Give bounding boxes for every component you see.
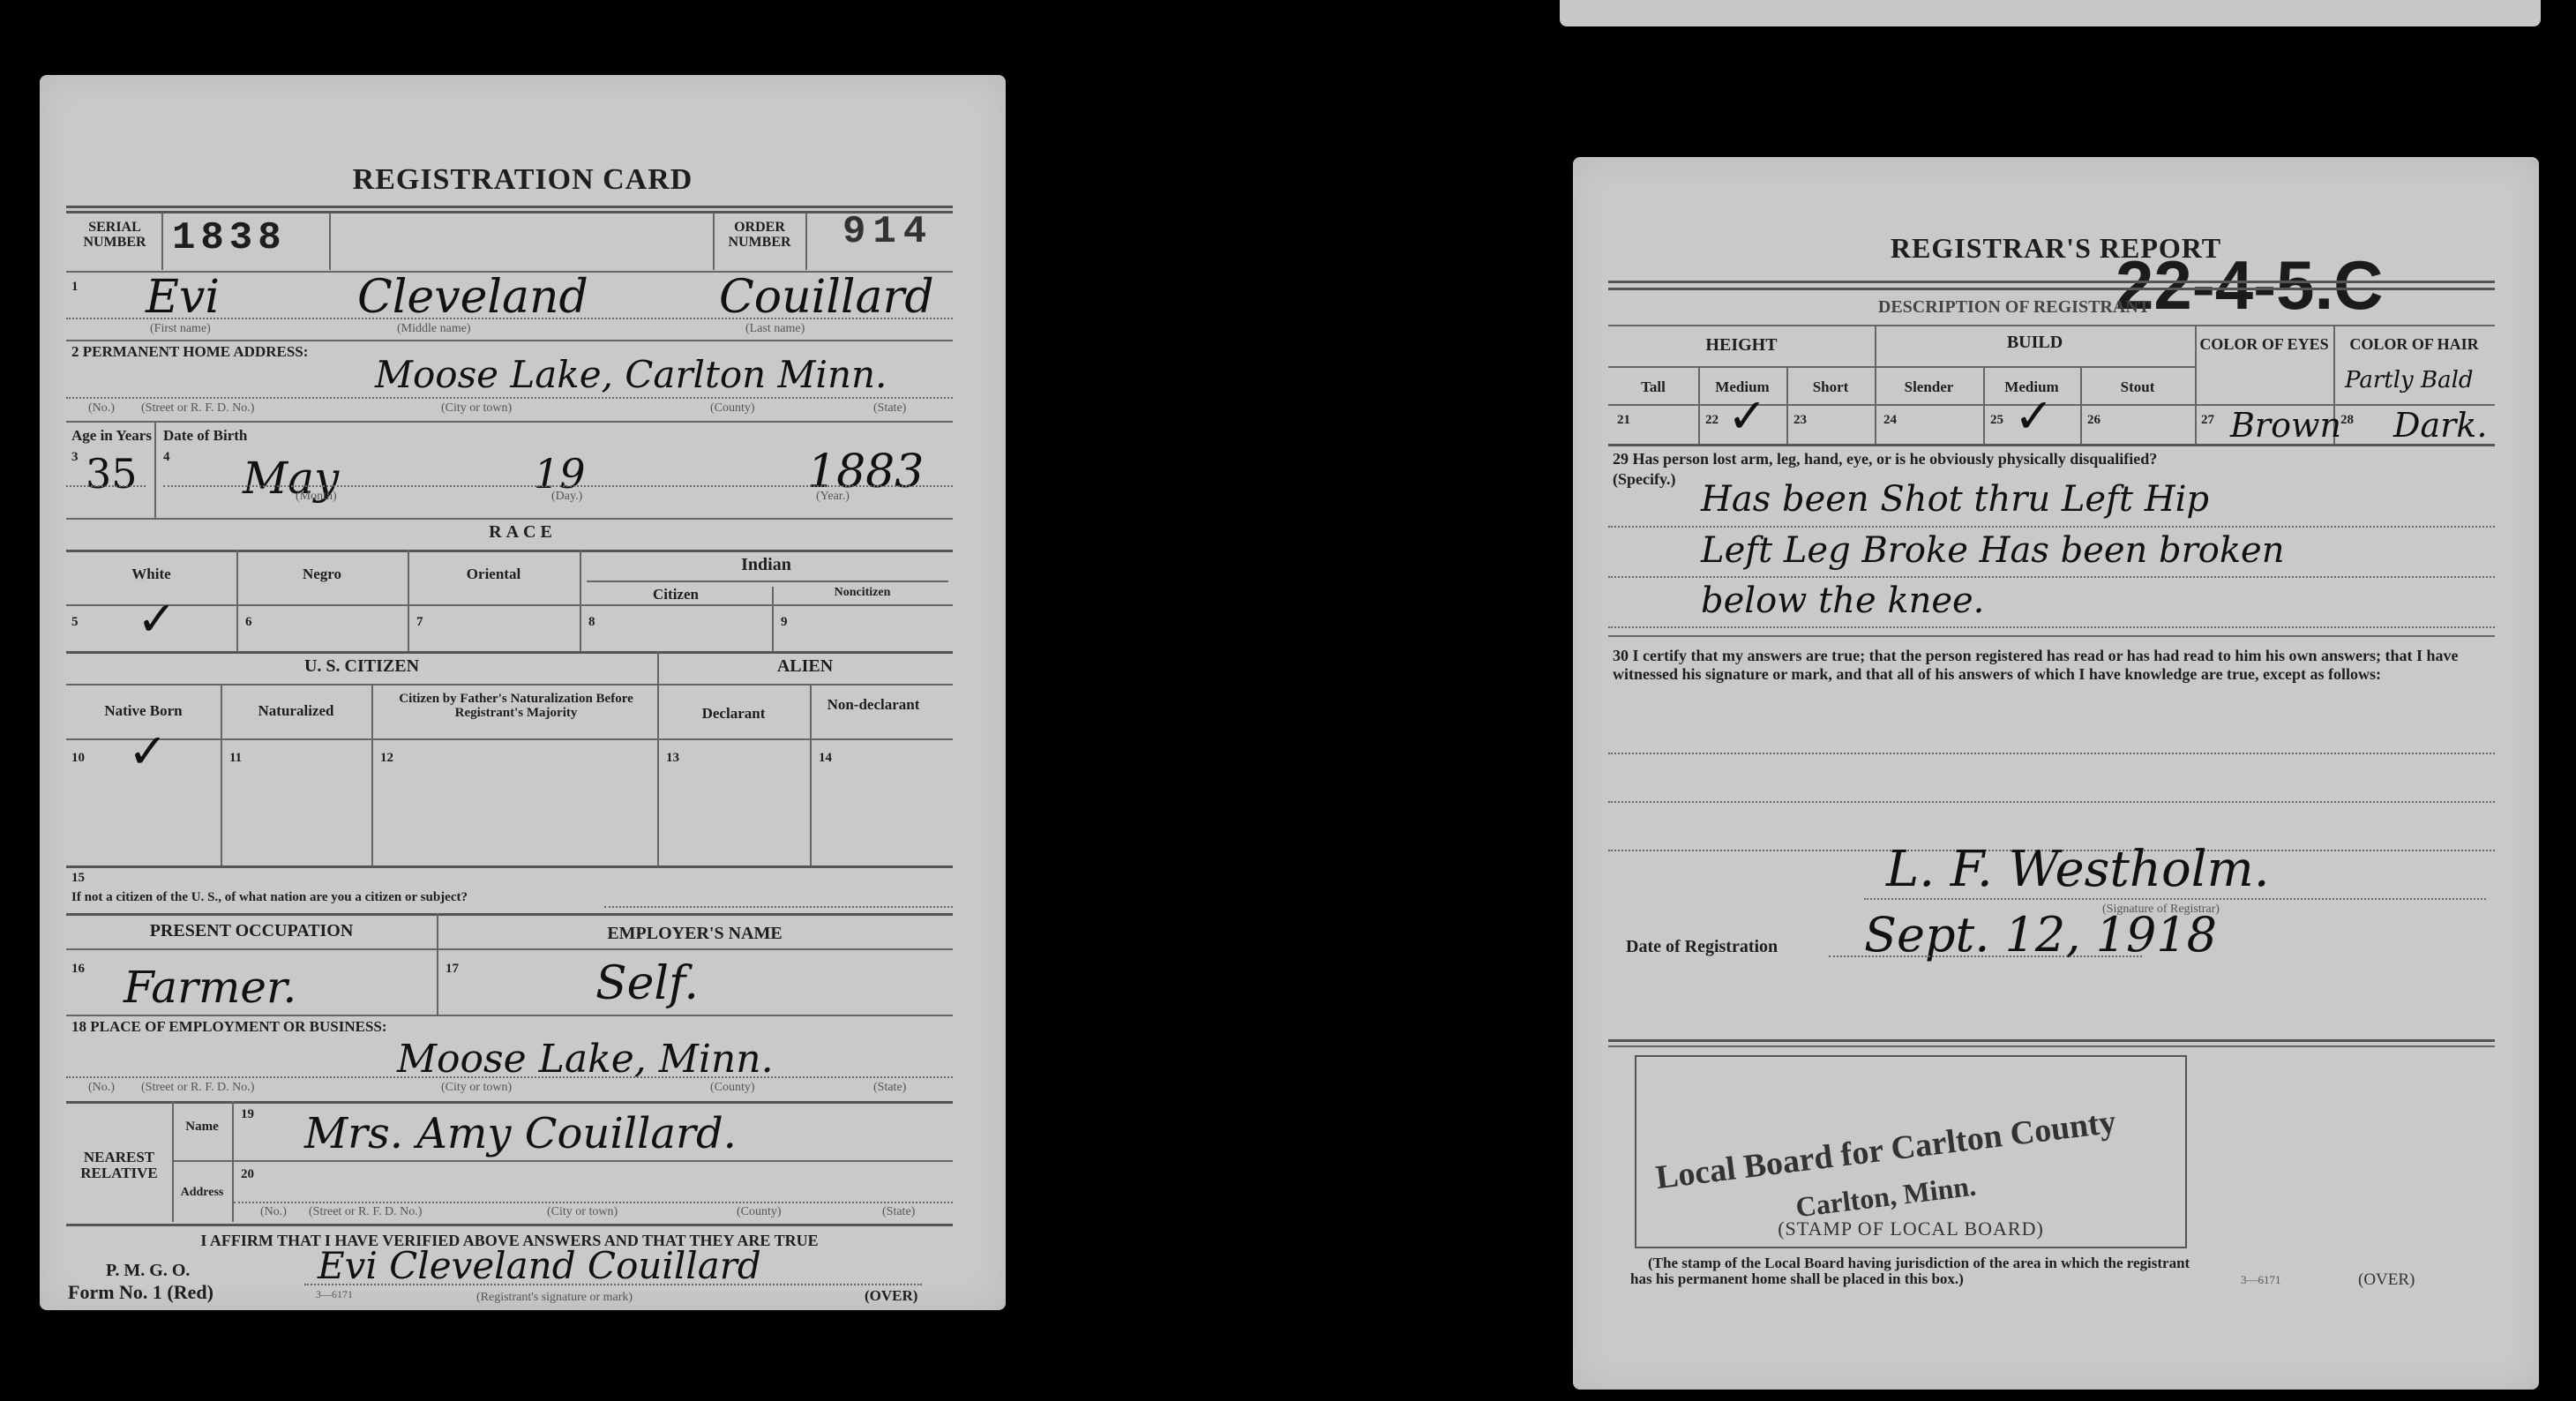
local-board-stamp-box: Local Board for Carlton County Carlton, …: [1635, 1055, 2187, 1248]
last-name: Couillard: [719, 271, 934, 324]
adjacent-card-edge: [1560, 0, 2541, 26]
hair-color: Dark.: [2393, 406, 2487, 445]
question-30: 30 I certify that my answers are true; t…: [1613, 647, 2495, 683]
age: 35: [86, 450, 138, 498]
race-white-checkbox[interactable]: ✓: [137, 591, 176, 647]
place-of-employment: Moose Lake, Minn.: [397, 1037, 774, 1082]
nearest-relative-label: NEAREST RELATIVE: [66, 1150, 172, 1181]
employer-name: Self.: [595, 957, 699, 1010]
serial-number: 1838: [172, 216, 287, 260]
occupation: Farmer.: [124, 962, 296, 1013]
eye-color: Brown: [2230, 406, 2341, 445]
serial-number-label: SERIAL NUMBER: [71, 221, 159, 251]
nation-question: If not a citizen of the U. S., of what n…: [71, 891, 468, 905]
disability-line-3: below the knee.: [1701, 581, 1984, 621]
hair-note: Partly Bald: [2345, 367, 2474, 393]
middle-name: Cleveland: [357, 271, 588, 324]
registrars-report-card: REGISTRAR'S REPORT 22-4-5.C DESCRIPTION …: [1573, 157, 2539, 1390]
order-number-label: ORDER NUMBER: [715, 221, 804, 251]
date-of-registration-label: Date of Registration: [1626, 938, 1778, 956]
registrar-signature: L. F. Westholm.: [1886, 841, 2270, 898]
race-heading: RACE: [40, 523, 1006, 542]
registration-card: REGISTRATION CARD SERIAL NUMBER 1838 ORD…: [40, 75, 1006, 1310]
card-title: REGISTRAR'S REPORT: [1573, 232, 2539, 265]
stamp-instructions: (The stamp of the Local Board having jur…: [1630, 1255, 2204, 1287]
disability-line-1: Has been Shot thru Left Hip: [1701, 479, 2209, 520]
home-address: Moose Lake, Carlton Minn.: [375, 353, 887, 396]
nearest-relative-name: Mrs. Amy Couillard.: [304, 1109, 737, 1158]
registrant-signature: Evi Cleveland Couillard: [318, 1244, 761, 1287]
height-medium-checkbox[interactable]: ✓: [1727, 388, 1767, 444]
home-address-label: 2 PERMANENT HOME ADDRESS:: [71, 344, 308, 360]
disability-line-2: Left Leg Broke Has been broken: [1701, 530, 2284, 571]
first-name: Evi: [146, 271, 220, 324]
question-29: 29 Has person lost arm, leg, hand, eye, …: [1613, 451, 2495, 468]
order-number: 914: [842, 210, 933, 254]
card-title: REGISTRATION CARD: [40, 163, 1006, 197]
date-of-registration: Sept. 12, 1918: [1864, 907, 2217, 963]
build-medium-checkbox[interactable]: ✓: [2014, 388, 2054, 444]
native-born-checkbox[interactable]: ✓: [128, 723, 168, 779]
